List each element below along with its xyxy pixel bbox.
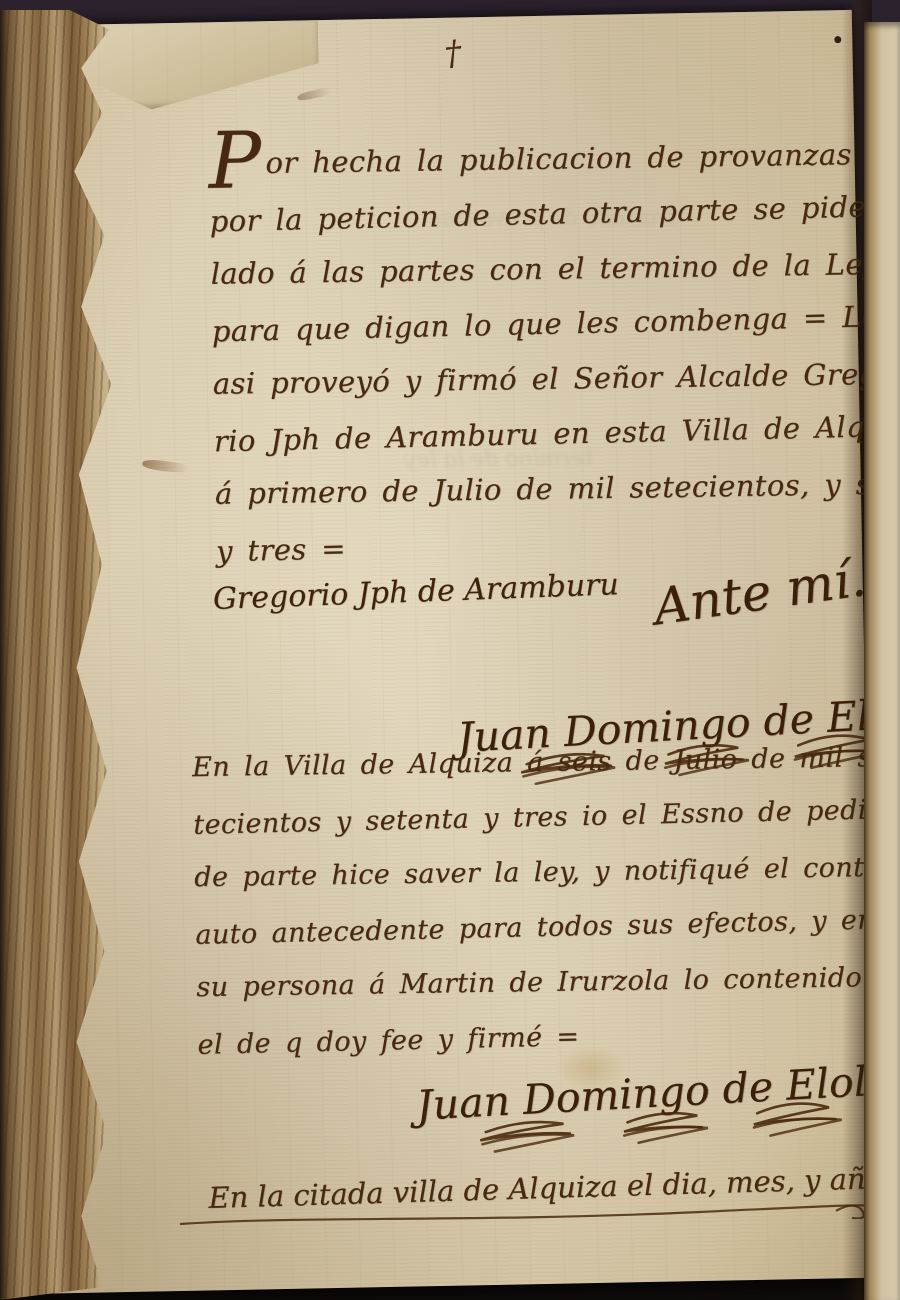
notification-paragraph: En la Villa de Alquiza á seis de Julio d… xyxy=(192,729,884,1072)
manuscript-text: Por hecha la publicacion de provanzas qu… xyxy=(145,70,887,1233)
escribano-signature: Juan Domingo de Elola xyxy=(415,1056,894,1162)
auto-paragraph: Por hecha la publicacion de provanzas qu… xyxy=(208,126,874,579)
next-page-edge xyxy=(864,22,900,1300)
manuscript-line-text: or hecha la publicacion de provanzas que xyxy=(265,136,900,180)
ink-spot xyxy=(834,36,841,43)
manuscript-page: traslado de provanzas termino de la ley … xyxy=(0,10,876,1294)
manuscript-photo: traslado de provanzas termino de la ley … xyxy=(0,0,900,1300)
invocation-cross-icon: † xyxy=(443,33,463,74)
